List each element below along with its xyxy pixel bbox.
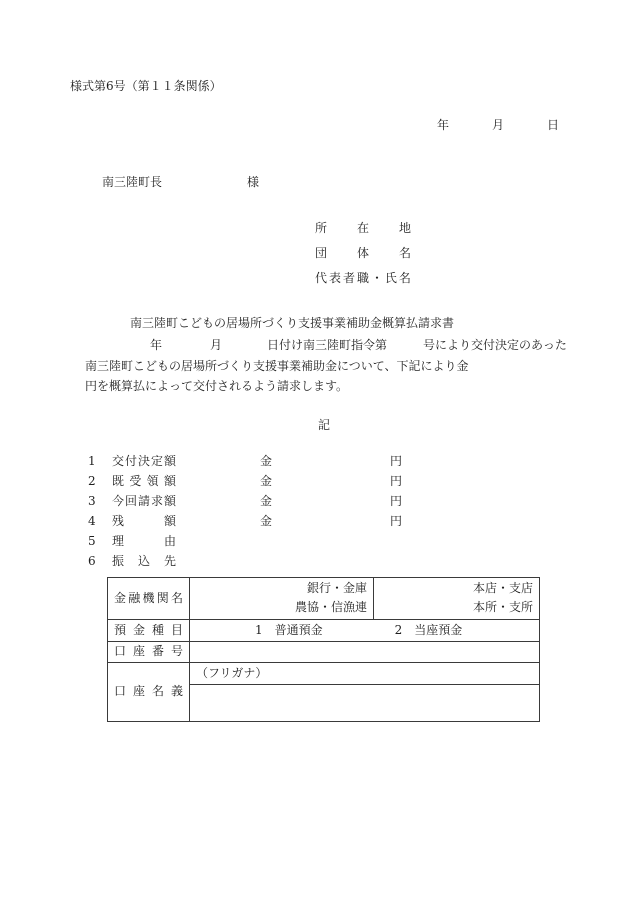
directive-text-1: 日付け南三陸町指令第 <box>267 338 387 352</box>
document-title: 南三陸町こどもの居場所づくり支援事業補助金概算払請求書 <box>130 316 454 332</box>
item-kin-label: 金 <box>260 494 272 510</box>
sender-address-label: 所在地 <box>315 221 411 237</box>
request-items-list: 1交付決定額金円 2既受領額金円 3今回請求額金円 4残額金円 5理由 6振込先 <box>88 452 402 572</box>
account-holder-blank <box>190 685 539 721</box>
item-number: 3 <box>88 494 100 510</box>
request-item-row: 4残額金円 <box>88 512 402 532</box>
account-number-label-cell: 口座番号 <box>108 642 189 662</box>
table-row-account-number: 口座番号 <box>108 641 539 662</box>
item-yen-label: 円 <box>390 514 402 530</box>
item-kin-label: 金 <box>260 454 272 470</box>
institution-type-options-cell: 銀行・金庫 農協・信漁連 <box>189 578 373 619</box>
directive-text-2: 号により交付決定のあった <box>423 338 567 352</box>
account-type-label-cell: 預金種目 <box>108 620 189 641</box>
item-yen-label: 円 <box>390 474 402 490</box>
date-line: 年月日 <box>437 118 559 134</box>
document-page: 様式第6号（第１１条関係） 年月日 南三陸町長様 所在地 団体名 代表者職・氏名… <box>0 0 630 903</box>
date-day-label: 日 <box>547 118 559 132</box>
furigana-row: （フリガナ） <box>190 663 539 685</box>
item-number: 1 <box>88 454 100 470</box>
directive-month-label: 月 <box>210 338 222 352</box>
request-item-row: 6振込先 <box>88 552 402 572</box>
bank-transfer-table: 金融機関名 銀行・金庫 農協・信漁連 本店・支店 本所・支所 預金種目 1普通預… <box>107 577 540 722</box>
item-kin-label: 金 <box>260 474 272 490</box>
item-kin-label: 金 <box>260 514 272 530</box>
request-item-row: 3今回請求額金円 <box>88 492 402 512</box>
item-label: 既受領額 <box>112 474 176 490</box>
item-yen-label: 円 <box>390 454 402 470</box>
item-label: 理由 <box>112 534 176 550</box>
item-label: 今回請求額 <box>112 494 176 510</box>
sender-representative-label: 代表者職・氏名 <box>315 271 411 287</box>
table-row-financial-institution: 金融機関名 銀行・金庫 農協・信漁連 本店・支店 本所・支所 <box>108 578 539 619</box>
form-number-label: 様式第6号（第１１条関係） <box>70 79 222 95</box>
request-item-row: 1交付決定額金円 <box>88 452 402 472</box>
branch-type-option: 本店・支店 <box>374 579 533 598</box>
sender-organization-label: 団体名 <box>315 246 411 262</box>
directive-year-label: 年 <box>150 338 162 352</box>
request-item-row: 5理由 <box>88 532 402 552</box>
item-number: 4 <box>88 514 100 530</box>
branch-type-option: 本所・支所 <box>374 598 533 617</box>
account-type-option-number: 2 <box>395 623 403 639</box>
addressee-name: 南三陸町長 <box>102 175 162 189</box>
item-number: 2 <box>88 474 100 490</box>
institution-type-option: 農協・信漁連 <box>190 598 367 617</box>
addressee-honorific: 様 <box>247 175 259 189</box>
body-line-3: 円を概算払によって交付されるよう請求します。 <box>85 379 348 395</box>
account-type-options-cell: 1普通預金2当座預金 <box>189 620 539 641</box>
branch-type-options-cell: 本店・支店 本所・支所 <box>373 578 539 619</box>
institution-type-option: 銀行・金庫 <box>190 579 367 598</box>
financial-institution-label: 金融機関名 <box>114 591 183 607</box>
date-year-label: 年 <box>437 118 449 132</box>
directive-line: 年月日付け南三陸町指令第号により交付決定のあった <box>150 338 567 354</box>
request-item-row: 2既受領額金円 <box>88 472 402 492</box>
item-number: 5 <box>88 534 100 550</box>
ki-marker: 記 <box>318 418 330 434</box>
table-row-account-holder: 口座名義 （フリガナ） <box>108 662 539 721</box>
sender-block: 所在地 団体名 代表者職・氏名 <box>315 216 411 291</box>
account-holder-label-cell: 口座名義 <box>108 663 189 721</box>
item-number: 6 <box>88 554 100 570</box>
account-number-label: 口座番号 <box>114 644 183 660</box>
account-holder-cell: （フリガナ） <box>189 663 539 721</box>
account-type-option-label: 普通預金 <box>275 623 323 639</box>
item-yen-label: 円 <box>390 494 402 510</box>
item-label: 残額 <box>112 514 176 530</box>
item-label: 振込先 <box>112 554 176 570</box>
account-type-option-number: 1 <box>255 623 263 639</box>
account-number-blank-cell <box>189 642 539 662</box>
item-label: 交付決定額 <box>112 454 176 470</box>
account-holder-label: 口座名義 <box>114 684 183 700</box>
body-line-2: 南三陸町こどもの居場所づくり支援事業補助金について、下記により金 <box>85 359 469 375</box>
account-type-option-label: 当座預金 <box>414 623 462 639</box>
table-row-account-type: 預金種目 1普通預金2当座預金 <box>108 619 539 641</box>
furigana-label: （フリガナ） <box>196 666 267 682</box>
addressee-line: 南三陸町長様 <box>102 175 259 191</box>
financial-institution-label-cell: 金融機関名 <box>108 578 189 619</box>
account-type-label: 預金種目 <box>114 623 183 639</box>
date-month-label: 月 <box>492 118 504 132</box>
